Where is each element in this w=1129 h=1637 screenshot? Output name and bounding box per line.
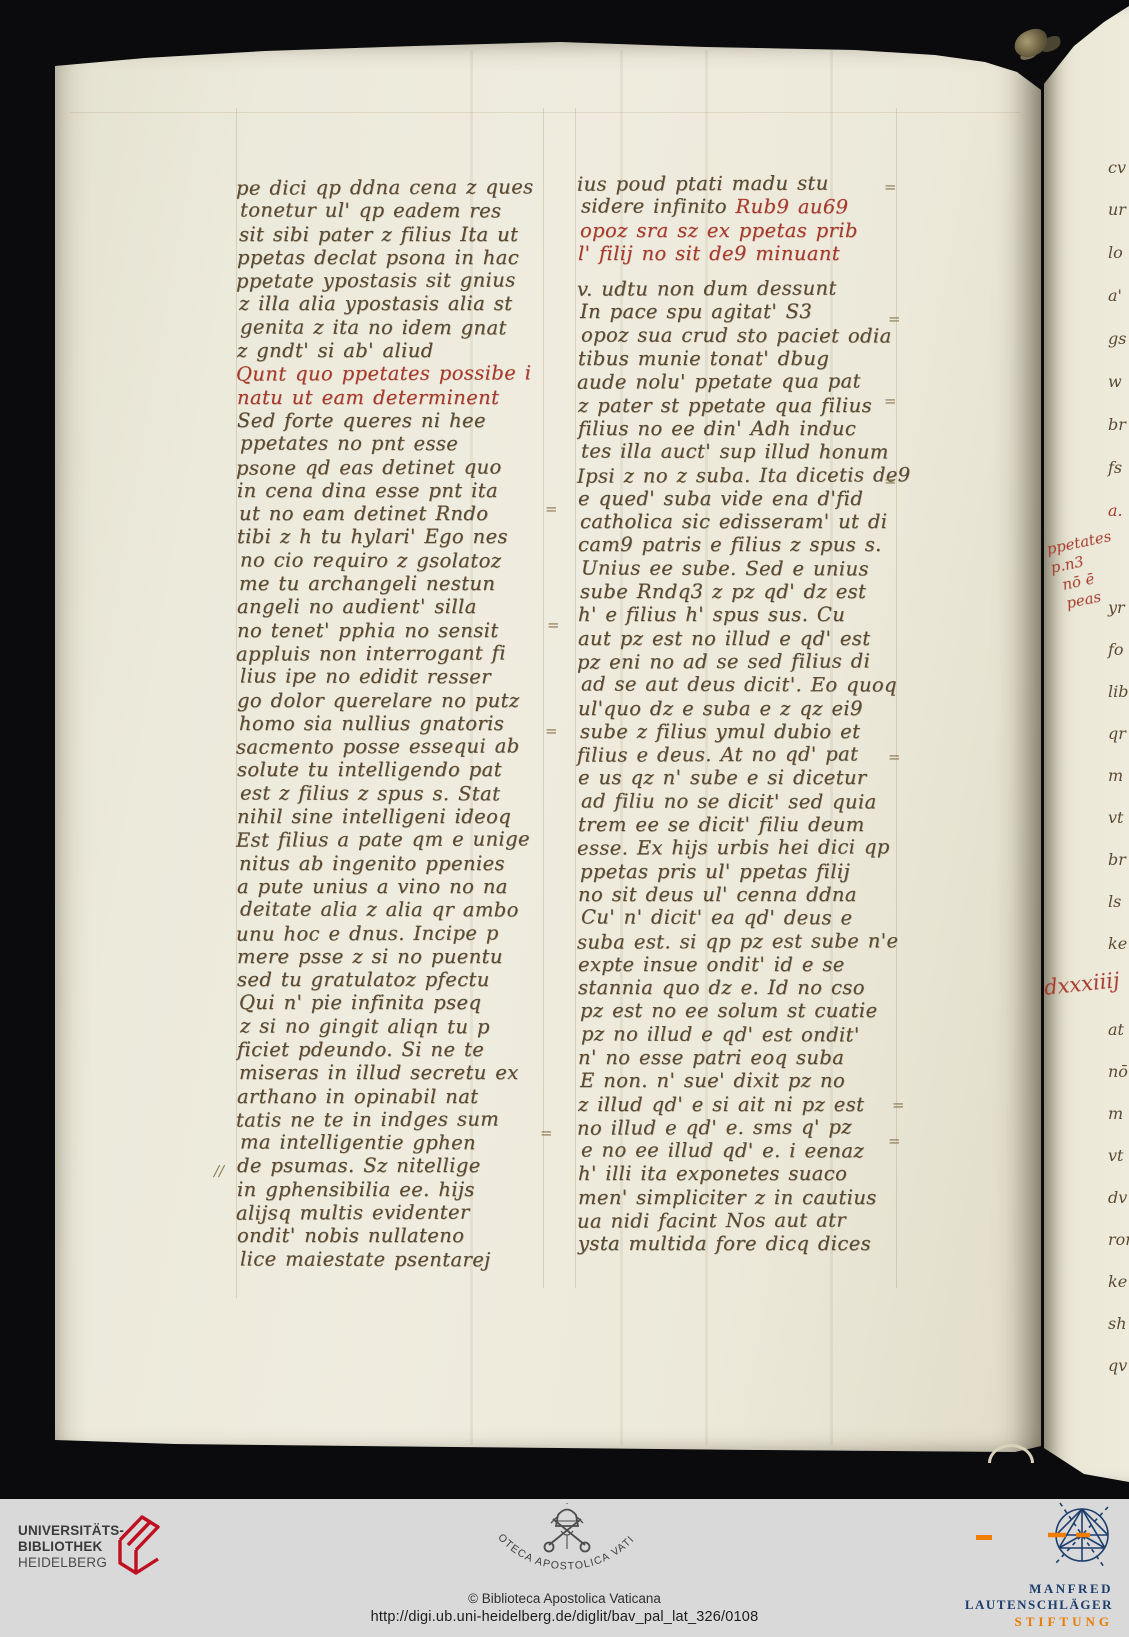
ink-text: In pace spu agitat' S3 (580, 300, 812, 323)
ink-text: ppetas declat psona in hac (237, 246, 519, 269)
ruling-line (575, 108, 576, 1288)
manuscript-line: ficiet pdeundo. Si ne te (237, 1038, 543, 1061)
rubric-text: l' filij no sit de9 minuant (578, 242, 840, 265)
ink-text: z si no gingit aliqn tu p (240, 1014, 490, 1038)
next-page-text-fragment: ke (1108, 1272, 1127, 1291)
ub-line1: UNIVERSITÄTS- (18, 1523, 124, 1539)
ink-text: z illa alia ypostasis alia st (239, 292, 512, 315)
ink-text: alijsq multis evidenter (236, 1201, 470, 1225)
ink-text: arthano in opinabil nat (237, 1085, 478, 1108)
stiftung-line2: LAUTENSCHLÄGER (965, 1597, 1113, 1613)
ink-text: mere psse z si no puentu (237, 945, 503, 968)
ink-text: nitus ab ingenito ppenies (239, 852, 505, 875)
margin-mark: = (888, 310, 901, 328)
ink-text: ppetates no pnt esse (240, 432, 458, 456)
manuscript-line: ppetates no pnt esse (240, 432, 546, 456)
ink-text: lice maiestate psentarej (240, 1247, 491, 1271)
manuscript-line: ut no eam detinet Rndo (239, 502, 545, 525)
ink-text: e us qz n' sube e si dicetur (578, 766, 867, 789)
manuscript-line: pe dici qp ddna cena z ques (236, 175, 542, 200)
ink-text: pz est no ee solum st cuatie (580, 999, 878, 1022)
footer-bar: UNIVERSITÄTS- BIBLIOTHEK HEIDELBERG BIBL… (0, 1499, 1129, 1637)
ink-text: pz eni no ad se sed filius di (577, 649, 870, 673)
ink-text: tes illa auct' sup illud honum (581, 440, 889, 464)
manuscript-line: ius poud ptati madu stu (577, 171, 897, 196)
ink-text: go dolor querelare no putz (237, 689, 520, 712)
ink-text: ficiet pdeundo. Si ne te (237, 1038, 484, 1061)
next-page-text-fragment: lib (1108, 682, 1128, 701)
compass-logo-icon (1046, 1501, 1114, 1571)
manuscript-line: sed tu gratulatoz pfectu (237, 968, 543, 991)
next-page-text-fragment: br (1108, 415, 1126, 434)
manuscript-line: lice maiestate psentarej (240, 1247, 546, 1271)
manuscript-line: filius e deus. At no qd' pat (577, 742, 897, 767)
ink-text: in cena dina esse pnt ita (237, 479, 498, 502)
manuscript-line: h' e filius h' spus sus. Cu (578, 603, 898, 626)
ink-text: homo sia nullius gnatoris (239, 712, 504, 735)
manuscript-line: pz est no ee solum st cuatie (580, 999, 900, 1022)
ink-text: tonetur ul' qp eadem res (240, 199, 502, 223)
next-page-text-fragment: dv (1108, 1188, 1127, 1207)
manuscript-line: angeli no audient' silla (237, 595, 543, 618)
next-page-text-fragment: yr (1108, 598, 1125, 617)
manuscript-line: e qued' suba vide ena d'fid (578, 487, 898, 510)
next-page-text-fragment: gs (1108, 329, 1126, 348)
manuscript-line: a pute unius a vino no na (237, 875, 543, 898)
ink-text: Qui n' pie infinita pseq (239, 991, 481, 1014)
manuscript-line: no sit deus ul' cenna ddna (578, 883, 898, 906)
next-page-text-fragment: qv (1108, 1356, 1127, 1375)
next-page-text-fragment: m (1108, 1104, 1123, 1123)
ink-text: E non. n' sue' dixit pz no (580, 1069, 845, 1092)
ink-text: sube Rndq3 z pz qd' dz est (580, 580, 866, 603)
ink-text: n' no esse patri eoq suba (578, 1046, 844, 1069)
ink-text: me tu archangeli nestun (239, 572, 495, 595)
ink-text: pz no illud e qd' est ondit' (581, 1022, 860, 1046)
manuscript-line: men' simpliciter z in cautius (578, 1186, 898, 1209)
manuscript-line: In pace spu agitat' S3 (580, 300, 900, 323)
ink-text: filius no ee din' Adh induc (578, 417, 856, 440)
margin-mark: // (214, 1162, 224, 1180)
margin-mark: = (888, 1132, 901, 1150)
manuscript-line: e us qz n' sube e si dicetur (578, 766, 898, 789)
manuscript-line: me tu archangeli nestun (239, 572, 545, 595)
manuscript-line: opoz sra sz ex ppetas prib (580, 219, 900, 242)
text-column-right: ius poud ptati madu stusidere infinito R… (578, 172, 898, 1256)
ink-text: h' e filius h' spus sus. Cu (578, 603, 845, 626)
margin-mark: = (545, 722, 558, 740)
manuscript-line: tes illa auct' sup illud honum (581, 440, 901, 464)
manuscript-line: aut pz est no illud e qd' est (578, 627, 898, 650)
manuscript-line: esse. Ex hijs urbis hei dici qp (577, 836, 897, 861)
manuscript-line: l' filij no sit de9 minuant (578, 242, 898, 265)
margin-mark: = (547, 616, 560, 634)
next-page-text-fragment: qr (1108, 724, 1126, 743)
manuscript-line: Ipsi z no z suba. Ita dicetis de9 (577, 463, 897, 488)
ink-text: sacmento posse essequi ab (236, 735, 520, 759)
page-url: http://digi.ub.uni-heidelberg.de/diglit/… (0, 1609, 1129, 1625)
ink-text: sidere infinito (581, 195, 736, 219)
manuscript-line: v. udtu non dum dessunt (577, 276, 897, 301)
ink-text: no tenet' pphia no sensit (237, 619, 499, 642)
ink-text: no cio requiro z gsolatoz (240, 548, 502, 572)
manuscript-line: E non. n' sue' dixit pz no (580, 1069, 900, 1092)
manuscript-line: pz no illud e qd' est ondit' (581, 1022, 901, 1046)
ink-text: tibus munie tonat' dbug (578, 347, 829, 370)
book-logo-icon (110, 1507, 162, 1577)
ink-text: sube z filius ymul dubio et (580, 720, 860, 743)
ink-text: lius ipe no edidit resser (240, 665, 491, 689)
manuscript-line: n' no esse patri eoq suba (578, 1046, 898, 1069)
ink-text: cam9 patris e filius z spus s. (578, 533, 882, 556)
next-page-text-fragment: ur (1108, 200, 1126, 219)
manuscript-line: Qunt quo ppetates possibe i (236, 362, 542, 387)
manuscript-line: sidere infinito Rub9 au69 (581, 195, 901, 219)
manuscript-line: in gphensibilia ee. hijs (237, 1178, 543, 1201)
digitized-manuscript-page: { "photo": { "background": "#0b0a0c", "p… (0, 0, 1129, 1637)
ink-text: ysta multida fore dicq dices (578, 1232, 871, 1255)
manuscript-line: alijsq multis evidenter (236, 1200, 542, 1225)
manuscript-line: trem ee se dicit' filiu deum (578, 813, 898, 836)
manuscript-line: no illud e qd' e. sms q' pz (577, 1115, 897, 1140)
ink-text: e qued' suba vide ena d'fid (578, 487, 863, 510)
ink-text: Unius ee sube. Sed e unius (581, 556, 869, 580)
manuscript-photo: pe dici qp ddna cena z questonetur ul' q… (0, 0, 1129, 1499)
manuscript-line: ppetas declat psona in hac (237, 246, 543, 269)
next-page-text-fragment: ls (1108, 892, 1121, 911)
manuscript-line: arthano in opinabil nat (237, 1085, 543, 1108)
manuscript-line: Qui n' pie infinita pseq (239, 991, 545, 1014)
ink-text: no sit deus ul' cenna ddna (578, 883, 857, 906)
manuscript-line: ppetate ypostasis sit gnius (236, 269, 542, 294)
next-page-text-fragment: cv (1108, 158, 1126, 177)
next-page-text-fragment: at (1108, 1020, 1124, 1039)
manuscript-line: nihil sine intelligeni ideoq (237, 805, 543, 828)
manuscript-line: no tenet' pphia no sensit (237, 619, 543, 642)
ink-text: esse. Ex hijs urbis hei dici qp (577, 836, 890, 860)
ink-text: ondit' nobis nullateno (237, 1224, 464, 1247)
ink-text: unu hoc e dnus. Incipe p (236, 921, 499, 945)
rubric-text: natu ut eam determinent (237, 386, 499, 409)
margin-mark: = (540, 1124, 553, 1142)
ink-text: z illud qd' e si ait ni pz est (578, 1093, 864, 1116)
manuscript-line: go dolor querelare no putz (237, 689, 543, 712)
manuscript-line: sube z filius ymul dubio et (580, 720, 900, 743)
manuscript-line: ad se aut deus dicit'. Eo quoq (581, 673, 901, 697)
manuscript-line: no cio requiro z gsolatoz (240, 548, 546, 572)
manuscript-line: z gndt' si ab' aliud (237, 339, 543, 362)
svg-text:BIBLIOTECA APOSTOLICA VATICANA: BIBLIOTECA APOSTOLICA VATICANA (472, 1503, 637, 1572)
ub-line2: BIBLIOTHEK (18, 1539, 124, 1555)
rubric-text: Qunt quo ppetates possibe i (236, 362, 532, 386)
manuscript-line: Unius ee sube. Sed e unius (581, 556, 901, 580)
manuscript-line: de psumas. Sz nitellige (237, 1154, 543, 1177)
manuscript-line: z illud qd' e si ait ni pz est (578, 1093, 898, 1116)
ink-text: catholica sic edisseram' ut di (580, 510, 887, 533)
margin-mark: = (884, 392, 897, 410)
next-page-edge (1044, 6, 1129, 1482)
ink-text: v. udtu non dum dessunt (577, 277, 837, 301)
manuscript-line: pz eni no ad se sed filius di (577, 649, 897, 674)
manuscript-line: natu ut eam determinent (237, 386, 543, 409)
manuscript-line: lius ipe no edidit resser (240, 665, 546, 689)
ink-text: sit sibi pater z filius Ita ut (239, 223, 518, 246)
ink-text: deitate alia z alia qr ambo (240, 898, 519, 922)
manuscript-line: solute tu intelligendo pat (237, 758, 543, 781)
manuscript-line: catholica sic edisseram' ut di (580, 510, 900, 533)
text-column-left: pe dici qp ddna cena z questonetur ul' q… (237, 176, 543, 1271)
ink-text: z pater st ppetate qua filius (578, 394, 872, 417)
ink-text: ppetas pris ul' ppetas filij (580, 860, 850, 883)
ink-text: e no ee illud qd' e. i eenaz (581, 1139, 864, 1163)
manuscript-line: homo sia nullius gnatoris (239, 712, 545, 735)
next-page-text-fragment: ke (1108, 934, 1127, 953)
manuscript-line: ua nidi facint Nos aut atr (577, 1208, 897, 1233)
next-page-text-fragment: m (1108, 766, 1123, 785)
ink-text: miseras in illud secretu ex (239, 1061, 519, 1084)
next-page-text-fragment: a. (1108, 501, 1123, 520)
manuscript-line: Sed forte queres ni hee (237, 409, 543, 432)
ink-text: ius poud ptati madu stu (577, 172, 829, 196)
ink-text: psone qd eas detinet quo (236, 455, 502, 479)
orange-dash-icon (976, 1535, 992, 1540)
next-page-text-fragment: w (1108, 372, 1122, 391)
ink-text: h' illi ita exponetes suaco (578, 1162, 847, 1185)
ink-text: ma intelligentie gphen (240, 1131, 476, 1155)
manuscript-line: z illa alia ypostasis alia st (239, 292, 545, 315)
manuscript-line: tibi z h tu hylari' Ego nes (237, 525, 543, 548)
bookmark-knot (1011, 26, 1051, 60)
manuscript-line: in cena dina esse pnt ita (237, 479, 543, 502)
ink-text: opoz sua crud sto paciet odia (581, 323, 892, 347)
manuscript-line: ppetas pris ul' ppetas filij (580, 860, 900, 883)
ink-text: ad filiu no se dicit' sed quia (581, 789, 877, 813)
manuscript-line: expte insue ondit' id e se (578, 953, 898, 976)
ink-text: Cu' n' dicit' ea qd' deus e (581, 906, 853, 930)
rubric-text: Rub9 au69 (736, 195, 849, 218)
manuscript-line: nitus ab ingenito ppenies (239, 852, 545, 875)
manuscript-line: genita z ita no idem gnat (240, 315, 546, 339)
ink-text: tatis ne te in indges sum (236, 1107, 499, 1131)
ink-text: Sed forte queres ni hee (237, 409, 486, 432)
manuscript-line: ondit' nobis nullateno (237, 1224, 543, 1247)
margin-mark: = (888, 748, 901, 766)
ink-text: genita z ita no idem gnat (240, 315, 507, 339)
next-page-text-fragment: nō (1108, 1062, 1128, 1081)
ink-text: ut no eam detinet Rndo (239, 502, 488, 525)
ink-text: Est filius a pate qm e unige (236, 828, 530, 852)
manuscript-line: appluis non interrogant fi (236, 641, 542, 666)
manuscript-line: Cu' n' dicit' ea qd' deus e (581, 906, 901, 930)
vatican-copyright: © Biblioteca Apostolica Vaticana (0, 1591, 1129, 1606)
margin-mark: = (892, 1096, 905, 1114)
ink-text: suba est. si qp pz est sube n'e (577, 929, 899, 953)
ink-text: Ipsi z no z suba. Ita dicetis de9 (577, 463, 911, 487)
next-page-text-fragment: br (1108, 850, 1126, 869)
manuscript-line: psone qd eas detinet quo (236, 455, 542, 480)
ink-text: pe dici qp ddna cena z ques (236, 175, 534, 199)
manuscript-line: mere psse z si no puentu (237, 945, 543, 968)
next-page-text-fragment: lo (1108, 243, 1123, 262)
next-page-text-fragment: ron (1108, 1230, 1129, 1249)
manuscript-line: opoz sua crud sto paciet odia (581, 323, 901, 347)
ink-text: de psumas. Sz nitellige (237, 1154, 481, 1177)
manuscript-line: ul'quo dz e suba e z qz ei9 (578, 697, 898, 720)
ink-text: in gphensibilia ee. hijs (237, 1178, 475, 1201)
next-page-text-fragment: a' (1108, 286, 1122, 305)
ink-text: tibi z h tu hylari' Ego nes (237, 525, 508, 548)
ink-text: ul'quo dz e suba e z qz ei9 (578, 697, 863, 720)
next-page-text-fragment: sh (1108, 1314, 1127, 1333)
ink-text: ua nidi facint Nos aut atr (577, 1209, 846, 1233)
ink-text: ad se aut deus dicit'. Eo quoq (581, 673, 897, 697)
ink-text: no illud e qd' e. sms q' pz (577, 1115, 852, 1139)
rubric-text: opoz sra sz ex ppetas prib (580, 219, 858, 242)
margin-mark: = (884, 178, 897, 196)
manuscript-line: e no ee illud qd' e. i eenaz (581, 1139, 901, 1163)
manuscript-line: unu hoc e dnus. Incipe p (236, 921, 542, 946)
manuscript-line: miseras in illud secretu ex (239, 1061, 545, 1084)
manuscript-line: tonetur ul' qp eadem res (240, 199, 546, 223)
manuscript-line: z si no gingit aliqn tu p (240, 1014, 546, 1038)
manuscript-line: est z filius z spus s. Stat (240, 781, 546, 805)
ink-text: solute tu intelligendo pat (237, 758, 502, 781)
manuscript-line: h' illi ita exponetes suaco (578, 1162, 898, 1185)
ink-text: est z filius z spus s. Stat (240, 781, 500, 805)
manuscript-line: sit sibi pater z filius Ita ut (239, 223, 545, 246)
ink-text: trem ee se dicit' filiu deum (578, 813, 865, 836)
ink-text: sed tu gratulatoz pfectu (237, 968, 490, 991)
ink-text: aut pz est no illud e qd' est (578, 627, 870, 650)
ruling-line (70, 112, 1020, 113)
manuscript-line: stannia quo dz e. Id no cso (578, 976, 898, 999)
ink-text: angeli no audient' silla (237, 595, 477, 618)
ruling-line (543, 108, 544, 1288)
ink-text: a pute unius a vino no na (237, 875, 508, 898)
stiftung-line3: STIFTUNG (1015, 1614, 1113, 1630)
ink-text: men' simpliciter z in cautius (578, 1186, 877, 1209)
margin-mark: = (884, 472, 897, 490)
ink-text: ppetate ypostasis sit gnius (236, 269, 516, 293)
manuscript-line: ma intelligentie gphen (240, 1131, 546, 1155)
crossed-keys-seal-icon: BIBLIOTECA APOSTOLICA VATICANA (472, 1503, 662, 1595)
ink-text: z gndt' si ab' aliud (237, 339, 434, 362)
ink-text: stannia quo dz e. Id no cso (578, 976, 865, 999)
manuscript-line: cam9 patris e filius z spus s. (578, 533, 898, 556)
manuscript-line: ad filiu no se dicit' sed quia (581, 789, 901, 813)
manuscript-line: sacmento posse essequi ab (236, 734, 542, 759)
manuscript-line: z pater st ppetate qua filius (578, 394, 898, 417)
ink-text: expte insue ondit' id e se (578, 953, 845, 976)
ink-text: appluis non interrogant fi (236, 641, 506, 665)
manuscript-line: deitate alia z alia qr ambo (240, 898, 546, 922)
ub-line3: HEIDELBERG (18, 1555, 124, 1571)
next-page-text-fragment: fo (1108, 640, 1124, 659)
manuscript-line: sube Rndq3 z pz qd' dz est (580, 580, 900, 603)
manuscript-line: ysta multida fore dicq dices (578, 1232, 898, 1255)
next-page-text-fragment: vt (1108, 1146, 1123, 1165)
manuscript-line: suba est. si qp pz est sube n'e (577, 929, 897, 954)
stiftung-line1: MANFRED (1029, 1581, 1113, 1597)
ink-text: aude nolu' ppetate qua pat (577, 370, 861, 394)
manuscript-line: tatis ne te in indges sum (236, 1107, 542, 1132)
manuscript-line: tibus munie tonat' dbug (578, 347, 898, 370)
ink-text: filius e deus. At no qd' pat (577, 743, 858, 767)
ub-heidelberg-wordmark: UNIVERSITÄTS- BIBLIOTHEK HEIDELBERG (18, 1523, 124, 1571)
manuscript-line: aude nolu' ppetate qua pat (577, 370, 897, 395)
next-page-text-fragment: vt (1108, 808, 1123, 827)
ink-text: nihil sine intelligeni ideoq (237, 805, 511, 828)
next-page-text-fragment: fs (1108, 458, 1122, 477)
manuscript-line: Est filius a pate qm e unige (236, 828, 542, 853)
manuscript-line: filius no ee din' Adh induc (578, 417, 898, 440)
margin-mark: = (545, 500, 558, 518)
